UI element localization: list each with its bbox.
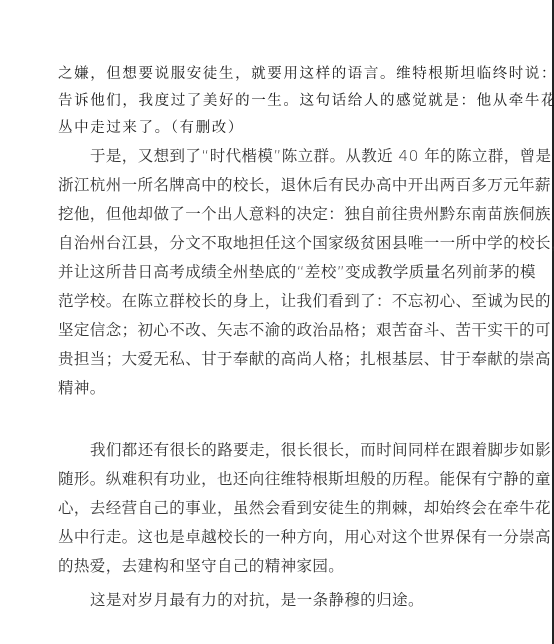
text-line: 贵担当；大爱无私、甘于奉献的高尚人格；扎根基层、甘于奉献的崇高	[58, 345, 508, 374]
paragraph-long-road: 我们都还有很长的路要走，很长很长，而时间同样在跟着脚步如影 随形。纵难积有功业，…	[58, 436, 508, 581]
text-line: 我们都还有很长的路要走，很长很长，而时间同样在跟着脚步如影	[58, 436, 508, 465]
text-line: 范学校。在陈立群校长的身上，让我们看到了：不忘初心、至诚为民的	[58, 287, 508, 316]
text-line: 告诉他们，我度过了美好的一生。这句话给人的感觉就是：他从牵牛花	[58, 88, 508, 115]
text-line: 于是，又想到了“时代楷模”陈立群。从教近 40 年的陈立群，曾是	[58, 142, 508, 171]
text-line: 的热爱，去建构和坚守自己的精神家园。	[58, 552, 508, 581]
text-line: 自治州台江县，分文不取地担任这个国家级贫困县唯一一所中学的校长，	[58, 229, 508, 258]
text-line: 精神。	[58, 374, 508, 403]
paragraph-conclusion: 这是对岁月最有力的对抗，是一条静穆的归途。	[58, 586, 508, 615]
text-line: 坚定信念；初心不改、矢志不渝的政治品格；艰苦奋斗、苦干实干的可	[58, 316, 508, 345]
text-line: 丛中行走。这也是卓越校长的一种方向，用心对这个世界保有一分崇高	[58, 523, 508, 552]
text-line: 之嫌，但想要说服安徒生，就要用这样的语言。维特根斯坦临终时说：	[58, 61, 508, 88]
text-line: 浙江杭州一所名牌高中的校长，退休后有民办高中开出两百多万元年薪	[58, 171, 508, 200]
text-line: 丛中走过来了。（有删改）	[58, 115, 508, 142]
text-line: 随形。纵难积有功业，也还向往维特根斯坦般的历程。能保有宁静的童	[58, 465, 508, 494]
document-page: 之嫌，但想要说服安徒生，就要用这样的语言。维特根斯坦临终时说： 告诉他们，我度过…	[0, 0, 554, 644]
text-line: 挖他，但他却做了一个出人意料的决定：独自前往贵州黔东南苗族侗族	[58, 200, 508, 229]
text-line: 这是对岁月最有力的对抗，是一条静穆的归途。	[58, 586, 508, 615]
text-line: 心，去经营自己的事业，虽然会看到安徒生的荆棘，却始终会在牵牛花	[58, 494, 508, 523]
text-line: 并让这所昔日高考成绩全州垫底的“差校”变成教学质量名列前茅的模	[58, 258, 508, 287]
paragraph-chen-liqun: 于是，又想到了“时代楷模”陈立群。从教近 40 年的陈立群，曾是 浙江杭州一所名…	[58, 142, 508, 403]
paragraph-closing-quote: 之嫌，但想要说服安徒生，就要用这样的语言。维特根斯坦临终时说： 告诉他们，我度过…	[58, 61, 508, 142]
